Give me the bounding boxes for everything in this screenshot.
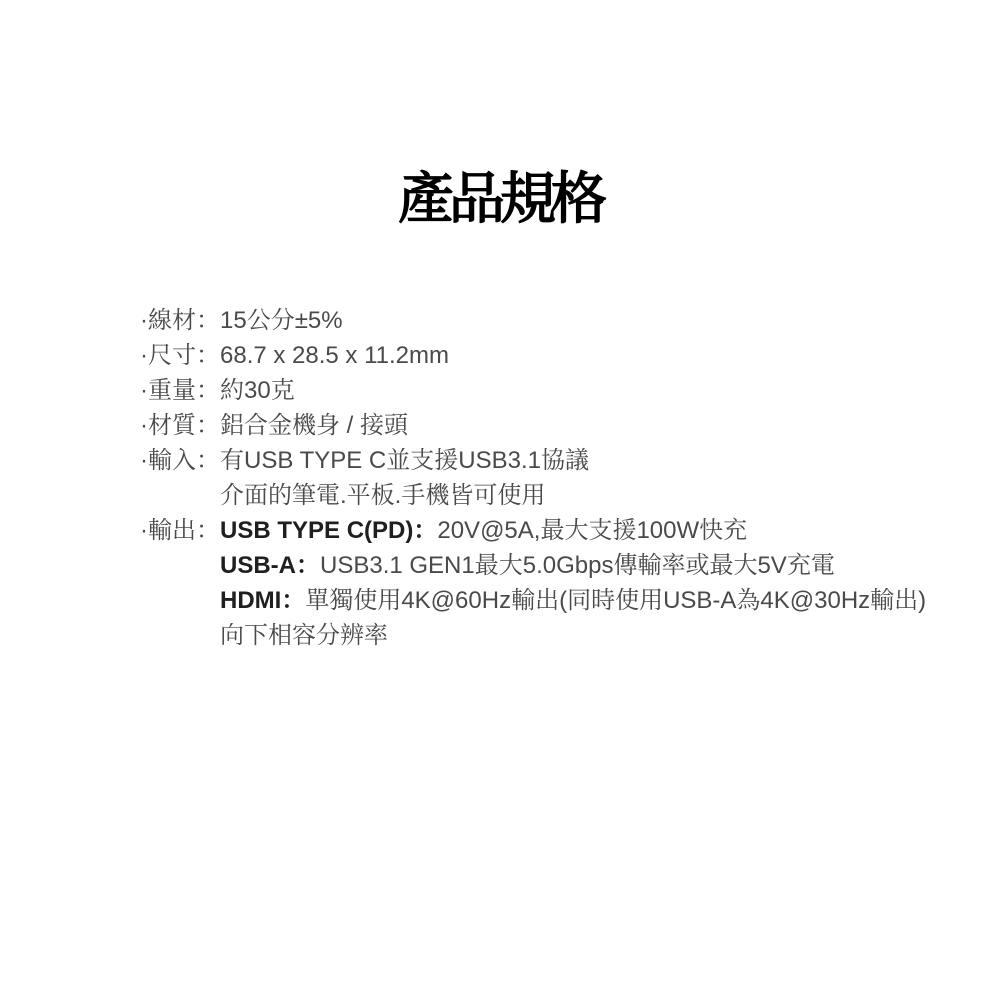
spec-value-input-block: 有USB TYPE C並支援USB3.1協議 介面的筆電.平板.手機皆可使用 bbox=[220, 443, 960, 513]
spec-label-text: 輸出 bbox=[148, 517, 196, 544]
spec-label-cable: ·線材： bbox=[140, 303, 220, 338]
spec-row-weight: ·重量： 約30克 bbox=[140, 373, 960, 408]
colon: ： bbox=[281, 587, 305, 614]
spec-row-material: ·材質： 鋁合金機身 / 接頭 bbox=[140, 408, 960, 443]
spec-label-text: 材質 bbox=[148, 412, 196, 439]
output-usba-line: USB-A：USB3.1 GEN1最大5.0Gbps傳輸率或最大5V充電 bbox=[220, 548, 960, 583]
colon: ： bbox=[196, 412, 220, 439]
spec-value-cable: 15公分±5% bbox=[220, 307, 343, 334]
bullet-dot-icon: · bbox=[140, 373, 148, 408]
bullet-dot-icon: · bbox=[140, 303, 148, 338]
spec-label-text: 線材 bbox=[148, 307, 196, 334]
spec-row-dimensions: ·尺寸： 68.7 x 28.5 x 11.2mm bbox=[140, 338, 960, 373]
bullet-dot-icon: · bbox=[140, 513, 148, 548]
colon: ： bbox=[196, 307, 220, 334]
spec-label-weight: ·重量： bbox=[140, 373, 220, 408]
colon: ： bbox=[196, 517, 220, 544]
spec-value-weight: 約30克 bbox=[220, 377, 295, 404]
colon: ： bbox=[196, 377, 220, 404]
spec-row-cable: ·線材： 15公分±5% bbox=[140, 303, 960, 338]
page-title: 產品規格 bbox=[0, 168, 1000, 230]
spec-value-input-line2: 介面的筆電.平板.手機皆可使用 bbox=[220, 478, 960, 513]
output-usbc-name: USB TYPE C(PD) bbox=[220, 517, 413, 544]
spec-value-material: 鋁合金機身 / 接頭 bbox=[220, 412, 408, 439]
output-note-line: 向下相容分辨率 bbox=[220, 618, 960, 653]
output-usbc-line: USB TYPE C(PD)：20V@5A,最大支援100W快充 bbox=[220, 513, 960, 548]
spec-label-text: 重量 bbox=[148, 377, 196, 404]
spec-list: ·線材： 15公分±5% ·尺寸： 68.7 x 28.5 x 11.2mm ·… bbox=[140, 303, 960, 653]
product-spec-page: 產品規格 ·線材： 15公分±5% ·尺寸： 68.7 x 28.5 x 11.… bbox=[0, 0, 1000, 1000]
spec-row-input: ·輸入： 有USB TYPE C並支援USB3.1協議 介面的筆電.平板.手機皆… bbox=[140, 443, 960, 513]
spec-label-dimensions: ·尺寸： bbox=[140, 338, 220, 373]
colon: ： bbox=[196, 342, 220, 369]
spec-label-output: ·輸出： bbox=[140, 513, 220, 548]
spec-value-dimensions: 68.7 x 28.5 x 11.2mm bbox=[220, 342, 449, 369]
colon: ： bbox=[296, 552, 320, 579]
bullet-dot-icon: · bbox=[140, 443, 148, 478]
output-hdmi-name: HDMI bbox=[220, 587, 281, 614]
spec-label-text: 輸入 bbox=[148, 447, 196, 474]
output-usba-desc: USB3.1 GEN1最大5.0Gbps傳輸率或最大5V充電 bbox=[320, 552, 835, 579]
spec-row-output: ·輸出： USB TYPE C(PD)：20V@5A,最大支援100W快充 US… bbox=[140, 513, 960, 653]
colon: ： bbox=[196, 447, 220, 474]
spec-value-output-block: USB TYPE C(PD)：20V@5A,最大支援100W快充 USB-A：U… bbox=[220, 513, 960, 653]
output-usba-name: USB-A bbox=[220, 552, 296, 579]
spec-label-text: 尺寸 bbox=[148, 342, 196, 369]
output-usbc-desc: 20V@5A,最大支援100W快充 bbox=[437, 517, 747, 544]
bullet-dot-icon: · bbox=[140, 338, 148, 373]
colon: ： bbox=[413, 517, 437, 544]
spec-value-input-line1: 有USB TYPE C並支援USB3.1協議 bbox=[220, 443, 960, 478]
output-hdmi-line: HDMI：單獨使用4K@60Hz輸出(同時使用USB-A為4K@30Hz輸出) bbox=[220, 583, 960, 618]
bullet-dot-icon: · bbox=[140, 408, 148, 443]
spec-label-input: ·輸入： bbox=[140, 443, 220, 478]
output-hdmi-desc: 單獨使用4K@60Hz輸出(同時使用USB-A為4K@30Hz輸出) bbox=[305, 587, 926, 614]
spec-label-material: ·材質： bbox=[140, 408, 220, 443]
